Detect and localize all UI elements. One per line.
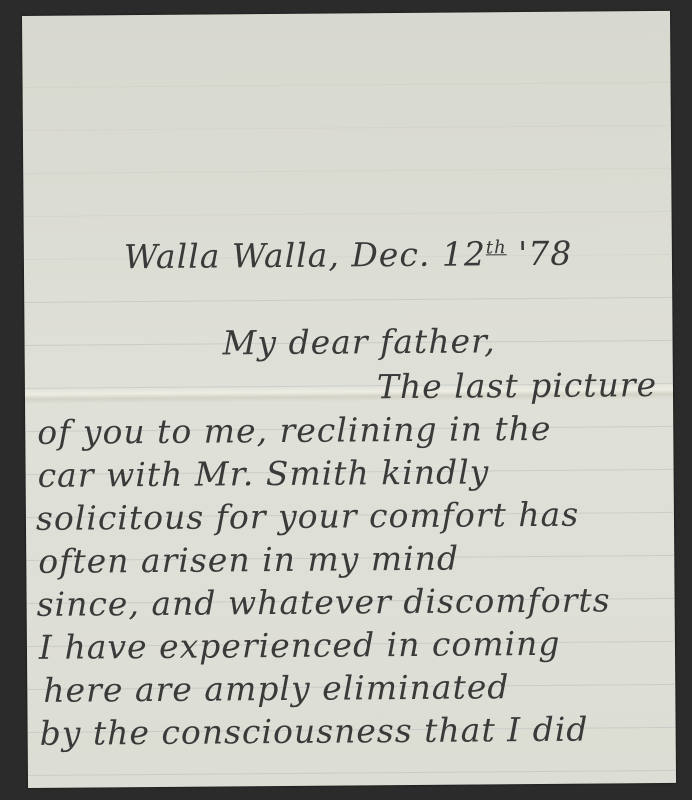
body-line: of you to me, reclining in the bbox=[37, 409, 551, 452]
body-line: here are amply eliminated bbox=[43, 667, 509, 710]
date-day-suffix: th bbox=[486, 237, 507, 258]
scanned-letter: Walla Walla, Dec. 12th '78 My dear fathe… bbox=[0, 0, 692, 800]
date-day: 12 bbox=[442, 234, 486, 273]
ruled-line bbox=[23, 125, 671, 131]
ruled-line bbox=[24, 297, 672, 303]
body-line: by the consciousness that I did bbox=[39, 710, 588, 753]
ruled-line bbox=[23, 82, 671, 88]
date-month: Dec. bbox=[351, 235, 430, 275]
body-line: since, and whatever discomforts bbox=[36, 580, 610, 624]
ruled-line bbox=[24, 211, 672, 217]
ruled-line bbox=[28, 770, 676, 776]
letter-dateline: Walla Walla, Dec. 12th '78 bbox=[124, 234, 573, 277]
ruled-line bbox=[23, 168, 671, 174]
body-line: car with Mr. Smith kindly bbox=[37, 452, 489, 495]
body-line: I have experienced in coming bbox=[39, 624, 561, 667]
place: Walla Walla, bbox=[124, 236, 340, 277]
body-line: solicitous for your comfort has bbox=[36, 495, 580, 538]
date-year: '78 bbox=[518, 234, 572, 273]
body-line: often arisen in my mind bbox=[38, 539, 459, 581]
body-line: The last picture bbox=[377, 365, 657, 406]
letter-page: Walla Walla, Dec. 12th '78 My dear fathe… bbox=[22, 11, 676, 788]
salutation: My dear father, bbox=[222, 321, 495, 362]
